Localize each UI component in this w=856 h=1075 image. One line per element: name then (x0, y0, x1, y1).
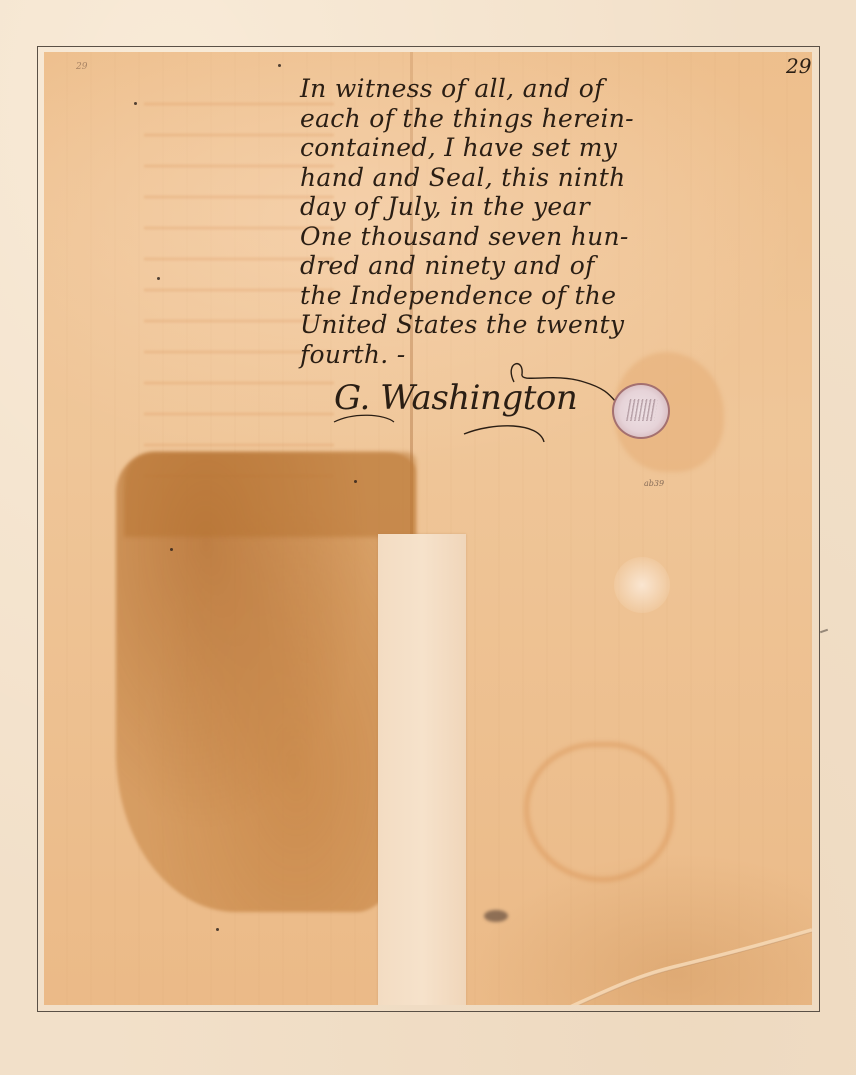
tear-line (564, 922, 812, 1005)
seal-impression (626, 399, 658, 421)
speck (216, 928, 219, 931)
speck (157, 277, 160, 280)
speck (134, 102, 137, 105)
pale-spot (614, 557, 670, 613)
signature: G. Washington (334, 378, 577, 418)
wax-seal (612, 383, 670, 439)
manuscript-text: In witness of all, and of each of the th… (300, 74, 730, 369)
document-page: 29 29 ab39 In witness of all, and of eac… (44, 52, 812, 1005)
edge-mark (820, 629, 828, 634)
paper-repair-strip (378, 534, 466, 1005)
ink-blot (484, 910, 508, 922)
archive-mark: ab39 (644, 479, 664, 488)
text-line: the Independence of the (300, 281, 730, 311)
text-line: One thousand seven hun- (300, 222, 730, 252)
text-line: hand and Seal, this ninth (300, 163, 730, 193)
mount-board: 29 29 ab39 In witness of all, and of eac… (0, 0, 856, 1075)
page-number: 29 (786, 54, 811, 78)
page-number-faint: 29 (76, 62, 87, 72)
speck (354, 480, 357, 483)
text-line: dred and ninety and of (300, 251, 730, 281)
text-line: contained, I have set my (300, 133, 730, 163)
speck (170, 548, 173, 551)
water-stain-left-edge (124, 452, 416, 537)
text-line: day of July, in the year (300, 192, 730, 222)
text-line: each of the things herein- (300, 104, 730, 134)
speck (278, 64, 281, 67)
text-line: United States the twenty (300, 310, 730, 340)
text-line: In witness of all, and of (300, 74, 730, 104)
